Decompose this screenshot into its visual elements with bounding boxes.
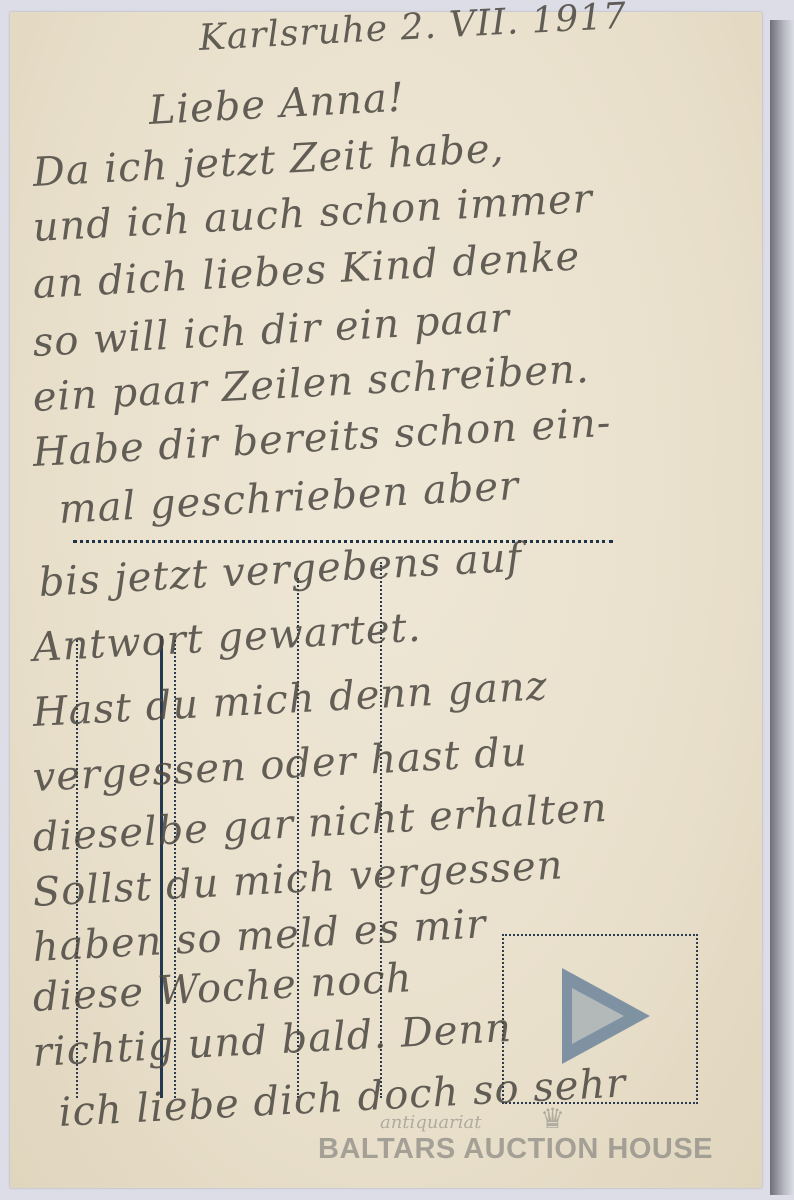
crown-icon: ♛ [540,1102,565,1135]
watermark-small-text: antiquariat [380,1112,482,1133]
address-divider-line [73,540,613,543]
card-shadow [770,20,794,1195]
postmark-center [572,988,624,1044]
watermark-brand: BALTARS AUCTION HOUSE [318,1133,713,1166]
